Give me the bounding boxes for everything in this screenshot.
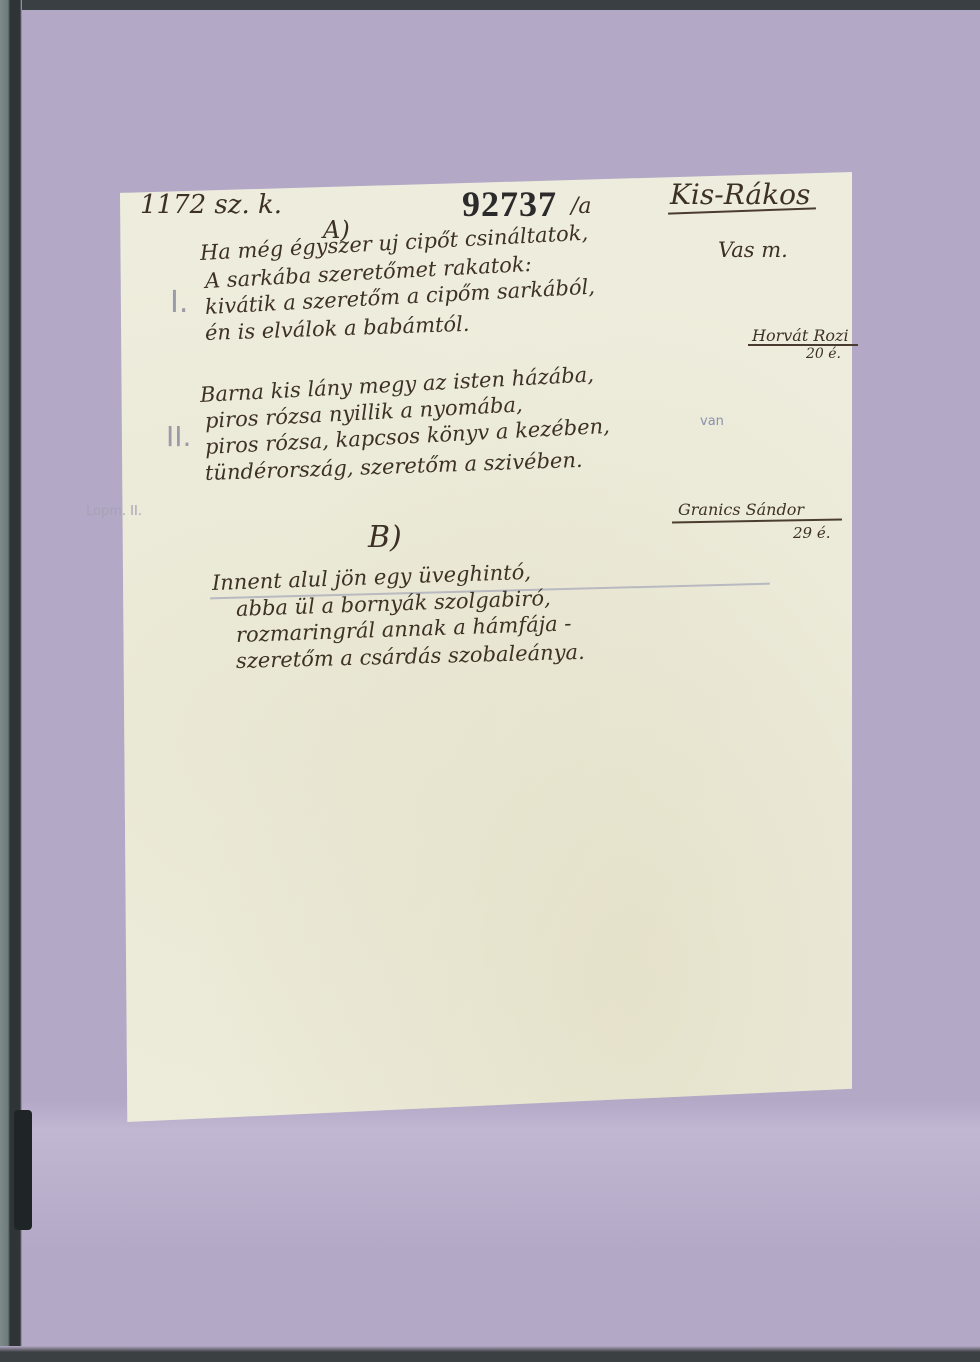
binding-fold xyxy=(14,1110,32,1230)
section-b-label: B) xyxy=(368,520,402,555)
verse-II-numeral: II. xyxy=(166,420,191,453)
stamp-number: 92737 xyxy=(462,183,557,225)
verse-I-numeral: I. xyxy=(170,285,188,320)
binding-edge-bottom xyxy=(0,1346,980,1362)
verse-I-singer-age: 20 é. xyxy=(806,346,841,362)
verse-II-singer-age: 29 é. xyxy=(793,524,831,542)
verse-I-singer: Horvát Rozi xyxy=(752,326,849,345)
stamp-suffix: /a xyxy=(571,194,592,219)
verse-II-insertion: van xyxy=(700,414,724,429)
verse-II-singer: Granics Sándor xyxy=(678,500,804,519)
singer-underline xyxy=(748,344,858,346)
county-annotation: Vas m. xyxy=(718,238,788,262)
reference-number: 1172 sz. k. xyxy=(140,190,282,220)
place-name: Kis-Rákos xyxy=(670,178,810,211)
margin-note: Lopm. II. xyxy=(86,504,142,519)
binding-edge-top xyxy=(0,0,980,10)
